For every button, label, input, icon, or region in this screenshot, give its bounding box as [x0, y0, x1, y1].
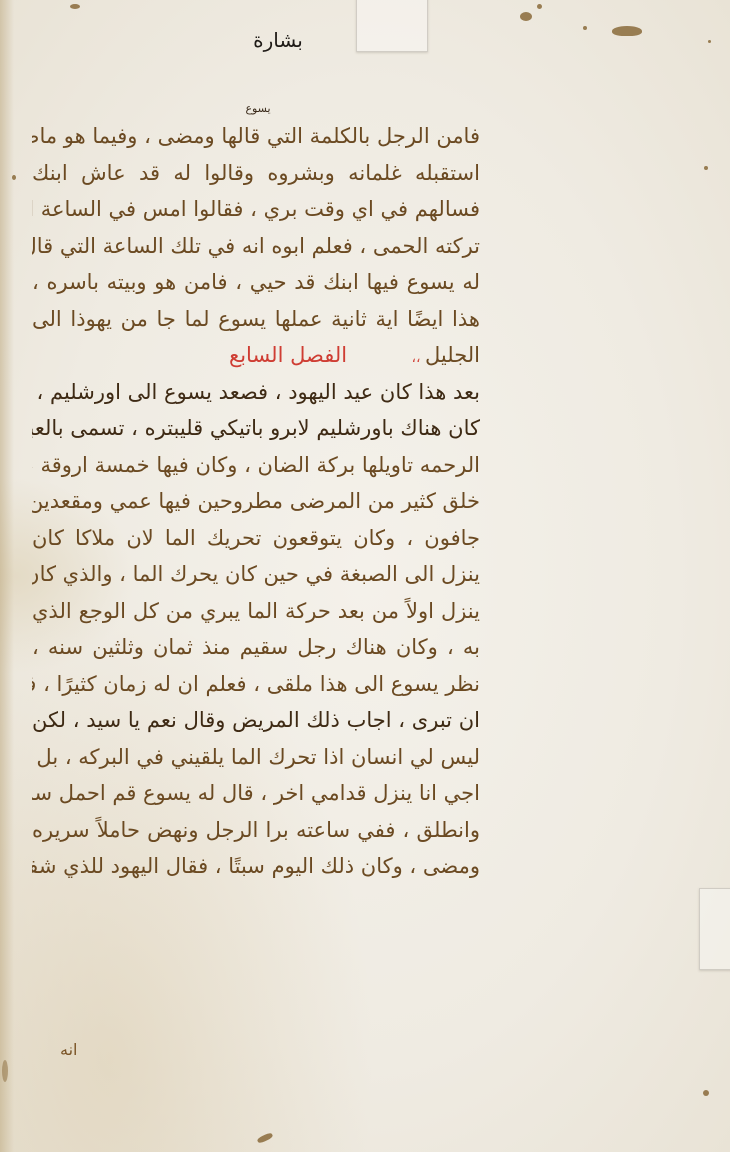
- ink-stain: [703, 1090, 709, 1096]
- text-line: تركته الحمى ، فعلم ابوه انه في تلك الساع…: [32, 228, 480, 265]
- text-line: له يسوع فيها ابنك قد حيي ، فامن هو وبيته…: [32, 264, 480, 301]
- rubric-mark: ،،: [407, 350, 425, 366]
- text-fragment: الجليل: [425, 343, 480, 367]
- text-block: فامن الرجل بالكلمة التي قالها ومضى ، وفي…: [32, 118, 480, 885]
- ink-stain: [537, 4, 542, 9]
- ink-stain: [70, 4, 80, 9]
- text-line: خلق كثير من المرضى مطروحين فيها عمي ومقع…: [32, 483, 480, 520]
- text-line: اجي انا ينزل قدامي اخر ، قال له يسوع قم …: [32, 775, 480, 812]
- text-line: فسالهم في اي وقت بري ، فقالوا امس في الس…: [32, 191, 480, 228]
- ink-stain: [704, 166, 708, 170]
- text-line: به ، وكان هناك رجل سقيم منذ ثمان وثلثين …: [32, 629, 480, 666]
- text-line: ليس لي انسان اذا تحرك الما يلقيني في الب…: [32, 739, 480, 776]
- ink-stain: [583, 26, 587, 30]
- chapter-heading: الفصل السابع: [229, 343, 347, 367]
- ink-stain: [256, 1132, 273, 1144]
- text-line: وانطلق ، ففي ساعته برا الرجل ونهض حاملاً…: [32, 812, 480, 849]
- interlinear-gloss: يسوع: [238, 102, 278, 115]
- text-line: ان تبرى ، اجاب ذلك المريض وقال نعم يا سي…: [32, 702, 480, 739]
- repair-tape: [356, 0, 428, 52]
- folio-header: بشارة: [248, 20, 308, 60]
- text-line: استقبله غلمانه وبشروه وقالوا له قد عاش ا…: [32, 155, 480, 192]
- chapter-heading-line: الجليل ،، الفصل السابع: [32, 337, 480, 374]
- ink-stain: [2, 1060, 8, 1082]
- binding-shadow: [0, 0, 14, 1152]
- text-line: فامن الرجل بالكلمة التي قالها ومضى ، وفي…: [32, 118, 480, 155]
- ink-stain: [708, 40, 711, 43]
- ink-stain: [612, 26, 642, 36]
- text-line: ينزل الى الصبغة في حين كان يحرك الما ، و…: [32, 556, 480, 593]
- manuscript-page: بشارة يسوع فامن الرجل بالكلمة التي قالها…: [0, 0, 730, 1152]
- ink-stain: [12, 175, 16, 180]
- text-line: جافون ، وكان يتوقعون تحريك الما لان ملاك…: [32, 520, 480, 557]
- text-line: هذا ايضًا اية ثانية عملها يسوع لما جا من…: [32, 301, 480, 338]
- text-line: الرحمه تاويلها بركة الضان ، وكان فيها خم…: [32, 447, 480, 484]
- text-line: بعد هذا كان عيد اليهود ، فصعد يسوع الى ا…: [32, 374, 480, 411]
- repair-tape: [699, 888, 730, 970]
- text-line: كان هناك باورشليم لابرو باتيكي قليبتره ،…: [32, 410, 480, 447]
- catchword: انه: [60, 1040, 77, 1059]
- text-line: ومضى ، وكان ذلك اليوم سبتًا ، فقال اليهو…: [32, 848, 480, 885]
- ink-stain: [520, 12, 532, 21]
- text-line: نظر يسوع الى هذا ملقى ، فعلم ان له زمان …: [32, 666, 480, 703]
- text-line: ينزل اولاً من بعد حركة الما يبري من كل ا…: [32, 593, 480, 630]
